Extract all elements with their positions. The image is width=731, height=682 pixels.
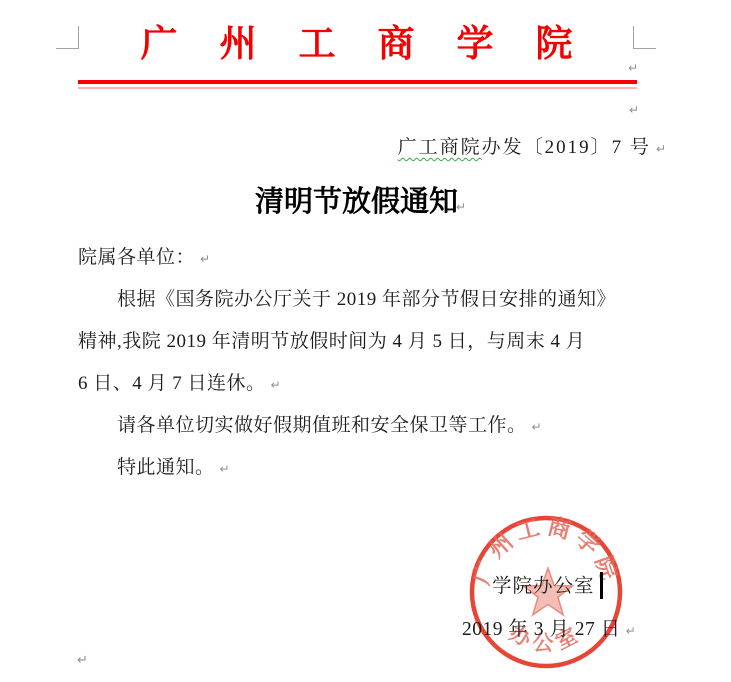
body-line[interactable]: 请各单位切实做好假期值班和安全保卫等工作。↵ xyxy=(78,405,653,447)
letterhead-divider-rule xyxy=(78,80,637,89)
pilcrow-mark: ↵ xyxy=(628,62,638,74)
signoff-date-line[interactable]: 2019 年 3 月 27 日↵ xyxy=(462,618,636,642)
pilcrow-mark: ↵ xyxy=(200,252,211,266)
body-line[interactable]: 特此通知。↵ xyxy=(78,447,653,489)
document-number-line[interactable]: 广工商院办发〔2019〕7 号↵ xyxy=(398,136,668,160)
pilcrow-mark: ↵ xyxy=(626,624,637,638)
document-number-flagged-text[interactable]: 广工商院 xyxy=(398,137,482,158)
margin-crop-mark-top-left xyxy=(56,26,79,49)
letterhead-title: 广州工商学院 xyxy=(78,22,635,70)
body-line-salutation[interactable]: 院属各单位：↵ xyxy=(78,237,653,279)
pilcrow-mark: ↵ xyxy=(629,104,639,116)
pilcrow-mark: ↵ xyxy=(456,201,466,213)
pilcrow-mark: ↵ xyxy=(77,654,88,667)
signoff-date-text[interactable]: 2019 年 3 月 27 日 xyxy=(462,619,621,640)
text-cursor xyxy=(600,572,603,599)
body-line-text[interactable]: 根据《国务院办公厅关于 2019 年部分节假日安排的通知》 xyxy=(117,289,616,310)
body-line-text[interactable]: 6 日、4 月 7 日连休。 xyxy=(78,373,266,394)
signoff-office[interactable]: 学院办公室 xyxy=(492,574,595,600)
pilcrow-mark: ↵ xyxy=(532,420,543,434)
document-number-rest-text[interactable]: 办发〔2019〕7 号 xyxy=(482,137,651,158)
body-line-text[interactable]: 请各单位切实做好假期值班和安全保卫等工作。 xyxy=(117,415,527,436)
body-line[interactable]: 6 日、4 月 7 日连休。↵ xyxy=(78,363,653,405)
pilcrow-mark: ↵ xyxy=(656,142,668,156)
salutation-text[interactable]: 院属各单位： xyxy=(78,247,195,268)
pilcrow-mark: ↵ xyxy=(271,378,282,392)
document-page: 广州工商学院 ↵ ↵ 广工商院办发〔2019〕7 号↵ 清明节放假通知 ↵ 院属… xyxy=(0,0,731,682)
body-line-text[interactable]: 精神,我院 2019 年清明节放假时间为 4 月 5 日，与周末 4 月 xyxy=(78,331,585,352)
body-line[interactable]: 根据《国务院办公厅关于 2019 年部分节假日安排的通知》 xyxy=(78,279,653,321)
pilcrow-mark: ↵ xyxy=(220,462,231,476)
margin-crop-mark-top-right xyxy=(633,26,656,49)
body-line-text[interactable]: 特此通知。 xyxy=(117,457,215,478)
body-text: 院属各单位：↵ 根据《国务院办公厅关于 2019 年部分节假日安排的通知》 精神… xyxy=(78,237,653,489)
body-line[interactable]: 精神,我院 2019 年清明节放假时间为 4 月 5 日，与周末 4 月 xyxy=(78,321,653,363)
notice-title[interactable]: 清明节放假通知 xyxy=(78,184,635,220)
